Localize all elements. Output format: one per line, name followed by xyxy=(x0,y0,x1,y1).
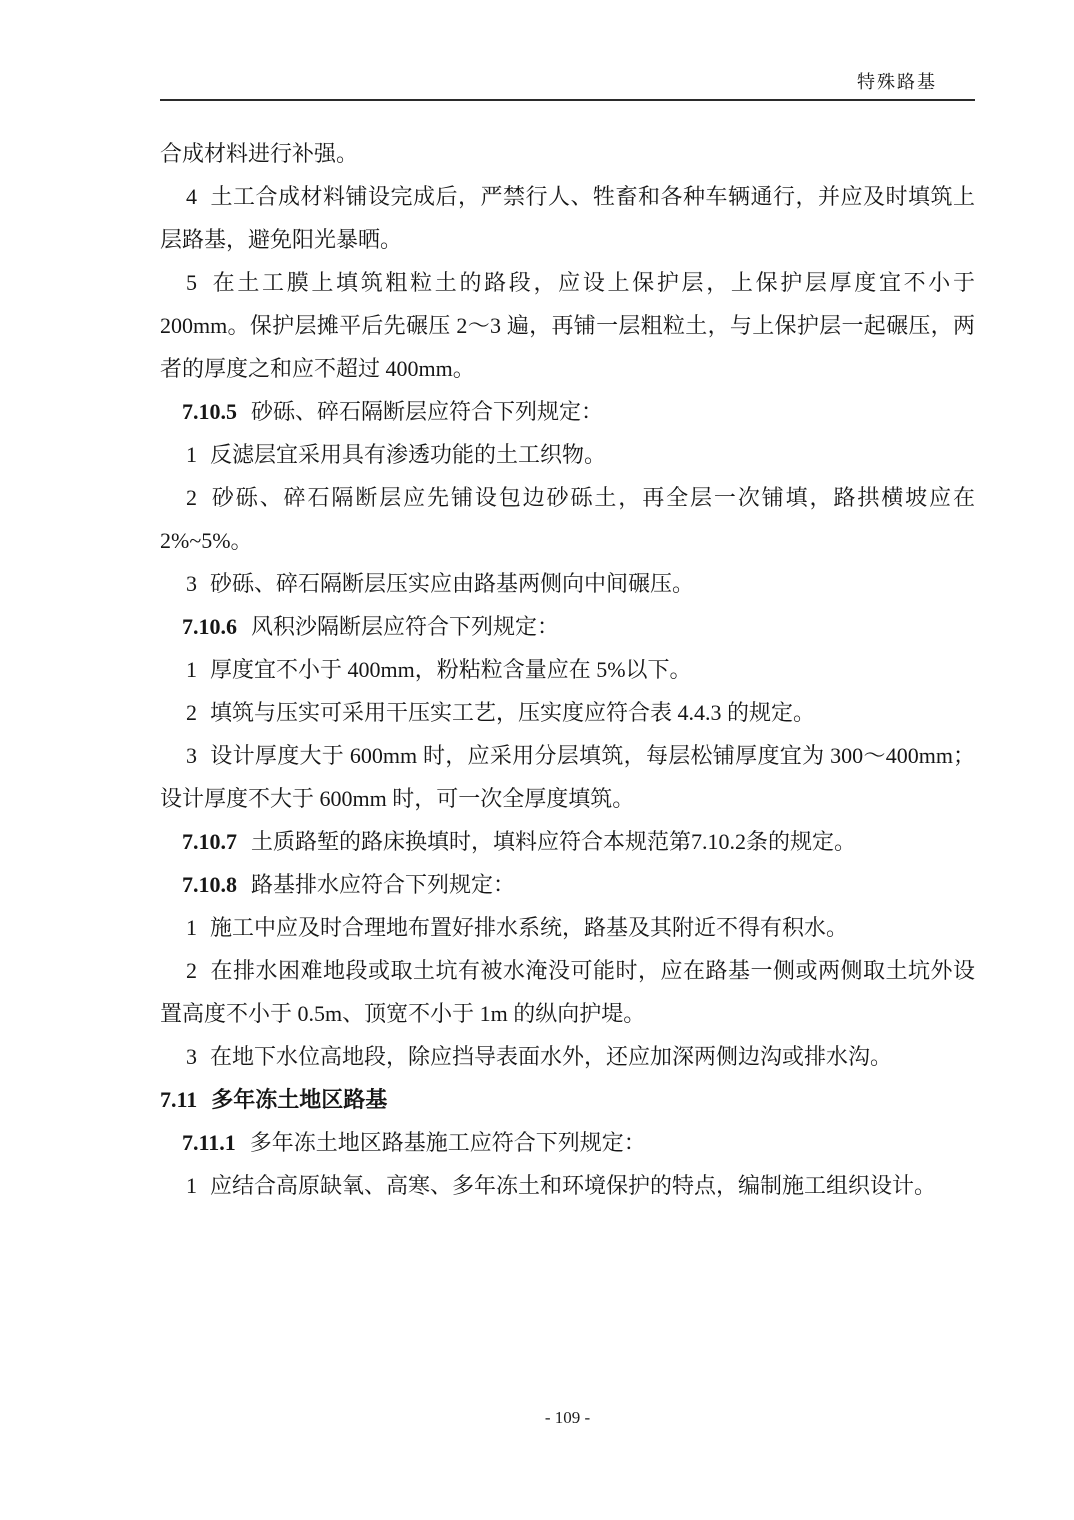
item-number: 5 xyxy=(186,270,210,295)
item-text: 在土工膜上填筑粗粒土的路段，应设上保护层，上保护层厚度宜不小于 200mm。保护… xyxy=(160,270,975,381)
list-item: 3在地下水位高地段，除应挡导表面水外，还应加深两侧边沟或排水沟。 xyxy=(160,1035,975,1078)
item-text: 施工中应及时合理地布置好排水系统，路基及其附近不得有积水。 xyxy=(210,915,848,940)
item-number: 3 xyxy=(186,571,210,596)
item-text: 应结合高原缺氧、高寒、多年冻土和环境保护的特点，编制施工组织设计。 xyxy=(210,1173,936,1198)
paragraph-continuation: 合成材料进行补强。 xyxy=(160,132,975,175)
clause-heading-7-10-5: 7.10.5砂砾、碎石隔断层应符合下列规定： xyxy=(160,390,975,433)
running-header-title: 特殊路基 xyxy=(857,72,975,92)
section-title: 多年冻土地区路基 xyxy=(211,1087,387,1112)
clause-text: 多年冻土地区路基施工应符合下列规定： xyxy=(250,1130,646,1155)
document-page: 特殊路基 合成材料进行补强。 4土工合成材料铺设完成后，严禁行人、牲畜和各种车辆… xyxy=(0,0,1074,1520)
item-text: 厚度宜不小于 400mm，粉粘粒含量应在 5%以下。 xyxy=(210,657,692,682)
list-item: 1反滤层宜采用具有渗透功能的土工织物。 xyxy=(160,433,975,476)
clause-text: 土质路堑的路床换填时，填料应符合本规范第7.10.2条的规定。 xyxy=(251,829,856,854)
list-item: 4土工合成材料铺设完成后，严禁行人、牲畜和各种车辆通行，并应及时填筑上层路基，避… xyxy=(160,175,975,261)
document-content: 合成材料进行补强。 4土工合成材料铺设完成后，严禁行人、牲畜和各种车辆通行，并应… xyxy=(160,132,975,1207)
clause-text: 风积沙隔断层应符合下列规定： xyxy=(251,614,559,639)
item-number: 1 xyxy=(186,1173,210,1198)
clause-number: 7.10.7 xyxy=(182,829,251,854)
item-text: 填筑与压实可采用干压实工艺，压实度应符合表 4.4.3 的规定。 xyxy=(210,700,815,725)
clause-text: 路基排水应符合下列规定： xyxy=(251,872,515,897)
list-item: 3设计厚度大于 600mm 时，应采用分层填筑，每层松铺厚度宜为 300～400… xyxy=(160,734,975,820)
list-item: 1厚度宜不小于 400mm，粉粘粒含量应在 5%以下。 xyxy=(160,648,975,691)
clause-heading-7-10-7: 7.10.7土质路堑的路床换填时，填料应符合本规范第7.10.2条的规定。 xyxy=(160,820,975,863)
item-number: 1 xyxy=(186,442,210,467)
clause-heading-7-10-6: 7.10.6风积沙隔断层应符合下列规定： xyxy=(160,605,975,648)
page-number: - 109 - xyxy=(545,1408,590,1427)
item-text: 砂砾、碎石隔断层应先铺设包边砂砾土，再全层一次铺填，路拱横坡应在 2%~5%。 xyxy=(160,485,975,553)
item-number: 2 xyxy=(186,485,210,510)
list-item: 1施工中应及时合理地布置好排水系统，路基及其附近不得有积水。 xyxy=(160,906,975,949)
item-number: 2 xyxy=(186,958,210,983)
clause-number: 7.10.5 xyxy=(182,399,251,424)
page-footer: - 109 - xyxy=(160,1406,975,1430)
item-number: 3 xyxy=(186,1044,210,1069)
clause-heading-7-11-1: 7.11.1多年冻土地区路基施工应符合下列规定： xyxy=(160,1121,975,1164)
item-text: 在地下水位高地段，除应挡导表面水外，还应加深两侧边沟或排水沟。 xyxy=(210,1044,892,1069)
list-item: 2砂砾、碎石隔断层应先铺设包边砂砾土，再全层一次铺填，路拱横坡应在 2%~5%。 xyxy=(160,476,975,562)
clause-number: 7.10.6 xyxy=(182,614,251,639)
item-number: 1 xyxy=(186,657,210,682)
clause-heading-7-10-8: 7.10.8路基排水应符合下列规定： xyxy=(160,863,975,906)
clause-text: 砂砾、碎石隔断层应符合下列规定： xyxy=(251,399,603,424)
clause-number: 7.11.1 xyxy=(182,1130,250,1155)
item-number: 4 xyxy=(186,184,210,209)
list-item: 5在土工膜上填筑粗粒土的路段，应设上保护层，上保护层厚度宜不小于 200mm。保… xyxy=(160,261,975,390)
item-number: 1 xyxy=(186,915,210,940)
list-item: 1应结合高原缺氧、高寒、多年冻土和环境保护的特点，编制施工组织设计。 xyxy=(160,1164,975,1207)
item-text: 设计厚度大于 600mm 时，应采用分层填筑，每层松铺厚度宜为 300～400m… xyxy=(160,743,975,811)
item-number: 3 xyxy=(186,743,210,768)
section-number: 7.11 xyxy=(160,1087,211,1112)
list-item: 2填筑与压实可采用干压实工艺，压实度应符合表 4.4.3 的规定。 xyxy=(160,691,975,734)
page-header: 特殊路基 xyxy=(160,70,975,101)
list-item: 3砂砾、碎石隔断层压实应由路基两侧向中间碾压。 xyxy=(160,562,975,605)
item-text: 在排水困难地段或取土坑有被水淹没可能时，应在路基一侧或两侧取土坑外设置高度不小于… xyxy=(160,958,975,1026)
item-text: 反滤层宜采用具有渗透功能的土工织物。 xyxy=(210,442,606,467)
section-heading-7-11: 7.11多年冻土地区路基 xyxy=(160,1078,975,1121)
list-item: 2在排水困难地段或取土坑有被水淹没可能时，应在路基一侧或两侧取土坑外设置高度不小… xyxy=(160,949,975,1035)
item-text: 砂砾、碎石隔断层压实应由路基两侧向中间碾压。 xyxy=(210,571,694,596)
item-number: 2 xyxy=(186,700,210,725)
item-text: 土工合成材料铺设完成后，严禁行人、牲畜和各种车辆通行，并应及时填筑上层路基，避免… xyxy=(160,184,975,252)
clause-number: 7.10.8 xyxy=(182,872,251,897)
